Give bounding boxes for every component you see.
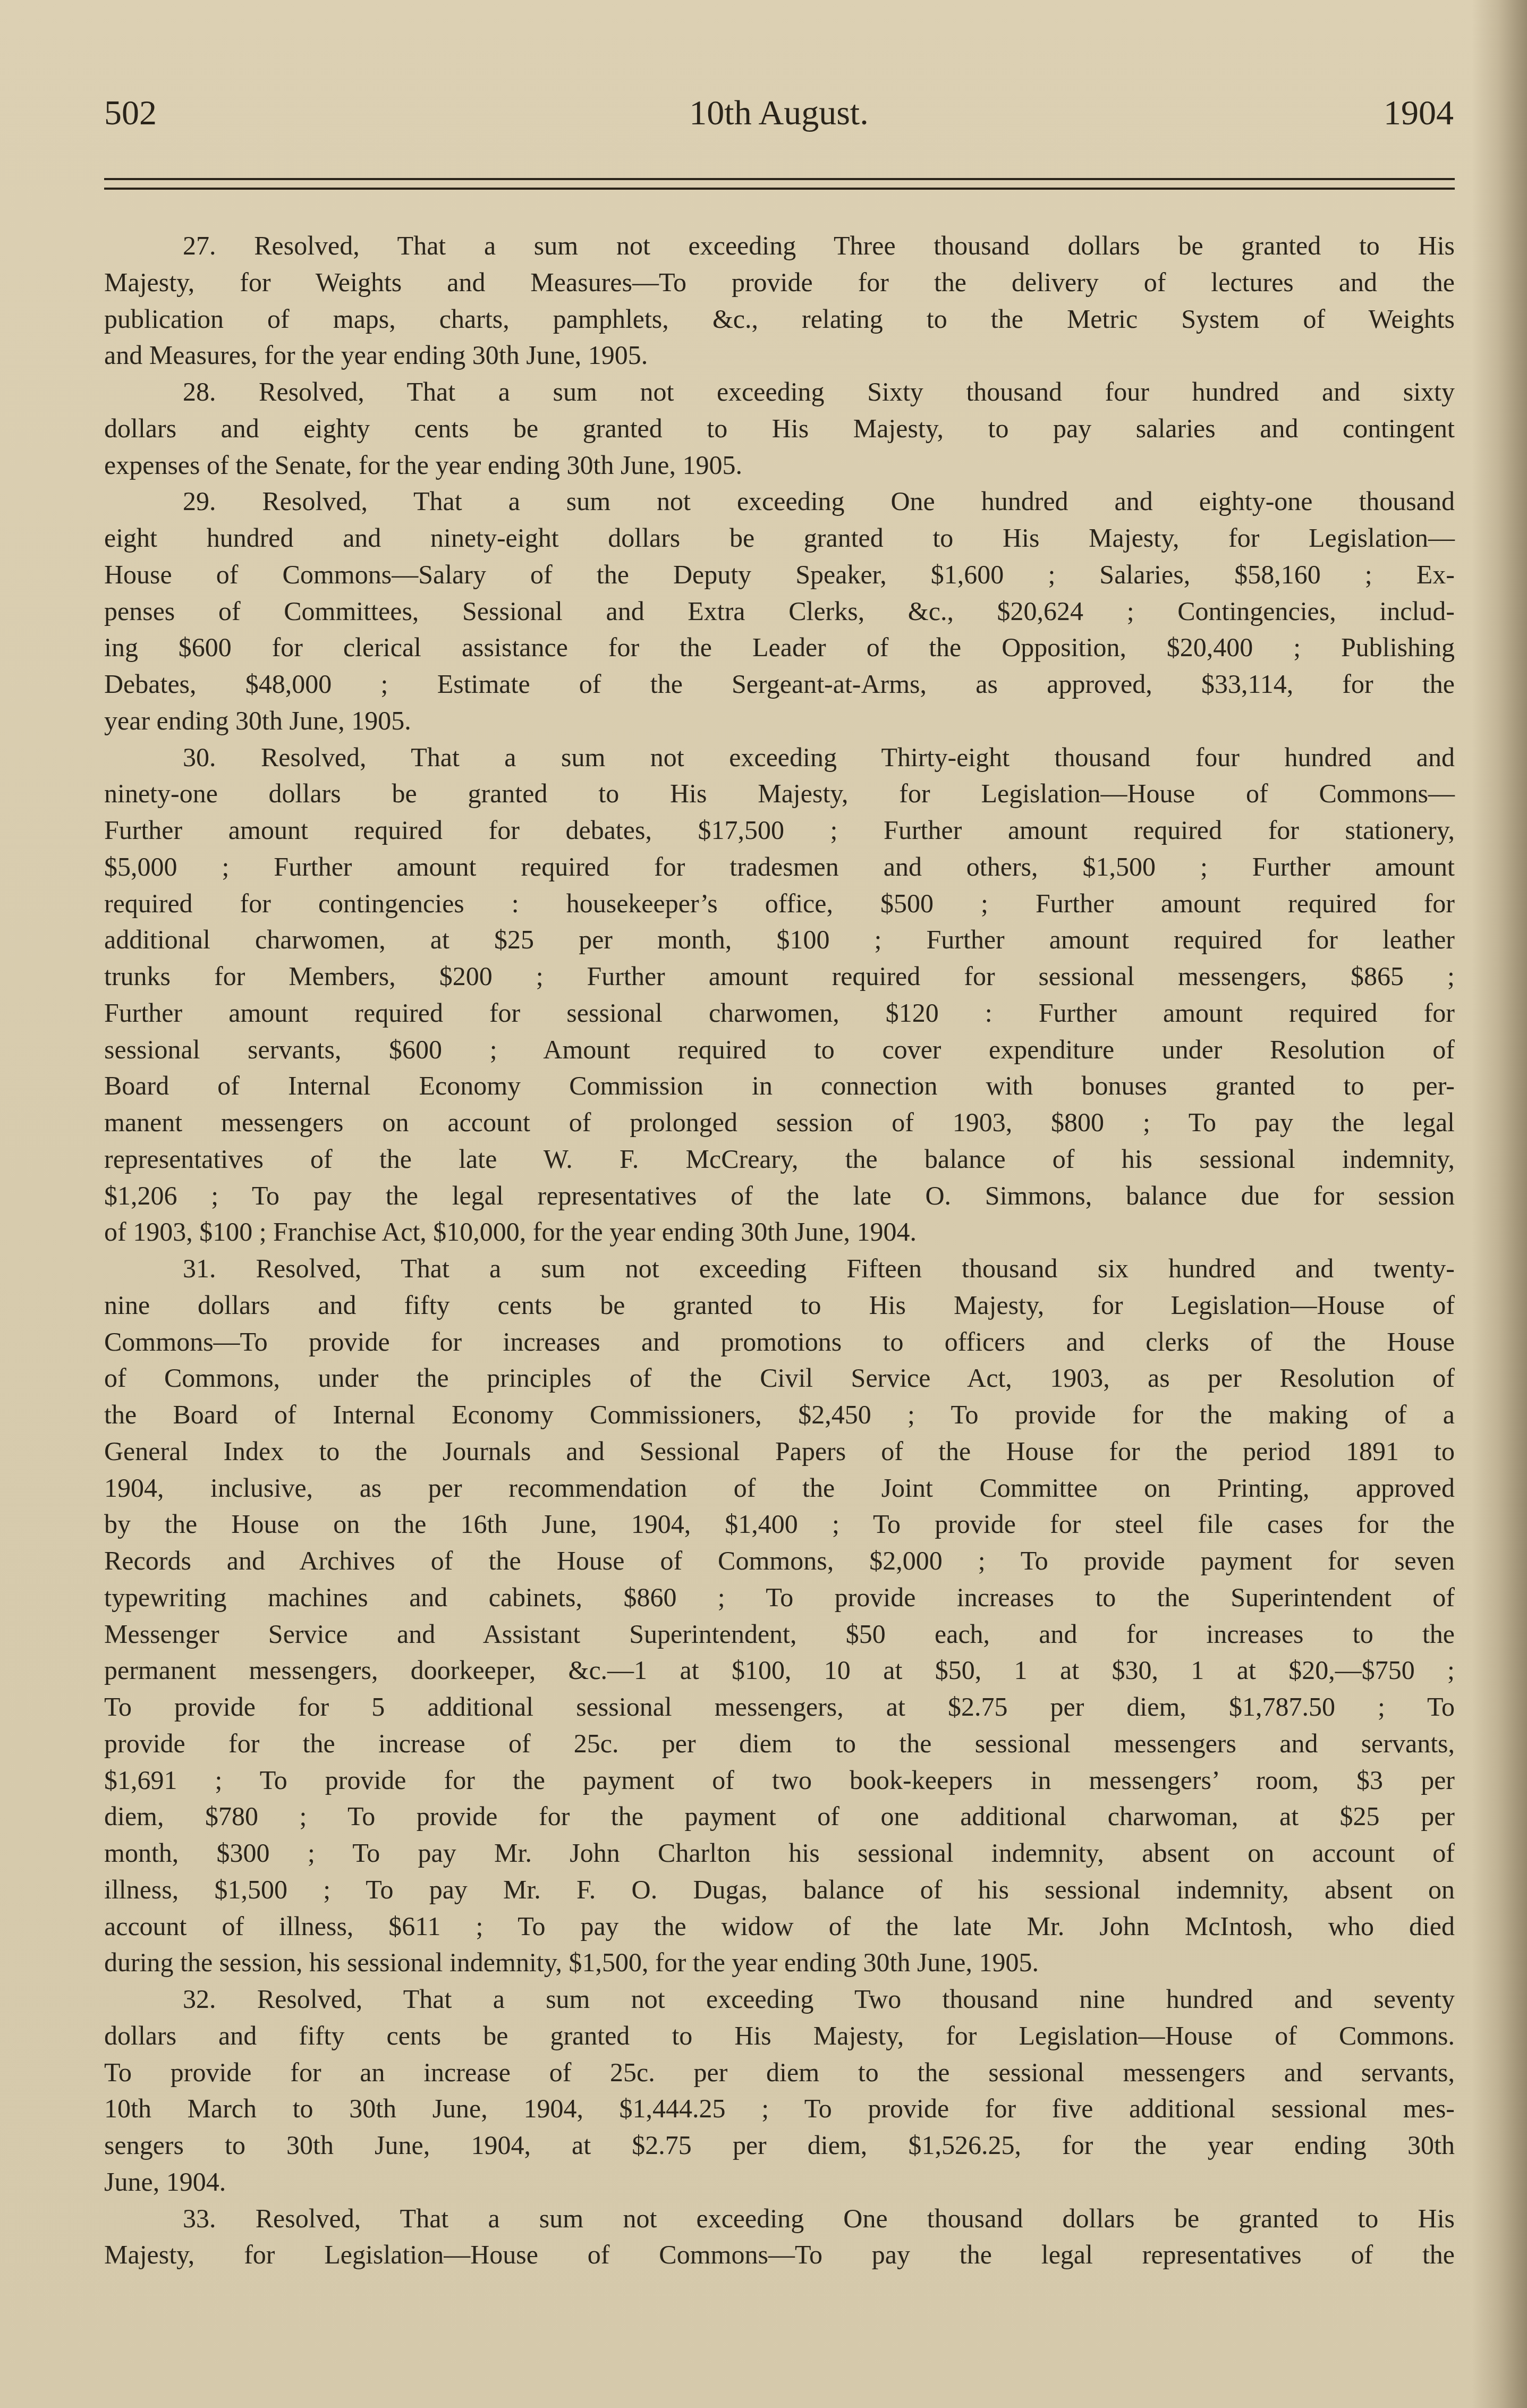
resolution-line: trunks for Members, $200 ; Further amoun… [104, 958, 1455, 995]
resolution-line: during the session, his sessional indemn… [104, 1944, 1455, 1981]
resolution-line: $5,000 ; Further amount required for tra… [104, 849, 1455, 885]
header-rule-top [104, 178, 1455, 180]
resolution-paragraph: 30. Resolved, That a sum not exceeding T… [104, 739, 1455, 1251]
resolution-line: 10th March to 30th June, 1904, $1,444.25… [104, 2090, 1455, 2127]
resolution-line: publication of maps, charts, pamphlets, … [104, 301, 1455, 337]
resolution-line: Further amount required for debates, $17… [104, 812, 1455, 849]
resolution-line: and Measures, for the year ending 30th J… [104, 337, 1455, 374]
resolution-paragraph: 33. Resolved, That a sum not exceeding O… [104, 2200, 1455, 2274]
resolution-line: illness, $1,500 ; To pay Mr. F. O. Dugas… [104, 1871, 1455, 1908]
resolution-line: ninety-one dollars be granted to His Maj… [104, 775, 1455, 812]
resolution-line: Majesty, for Weights and Measures—To pro… [104, 264, 1455, 301]
resolution-line: dollars and fifty cents be granted to Hi… [104, 2017, 1455, 2054]
resolution-first-line: 30. Resolved, That a sum not exceeding T… [104, 739, 1455, 776]
resolution-paragraph: 28. Resolved, That a sum not exceeding S… [104, 374, 1455, 483]
resolution-line: provide for the increase of 25c. per die… [104, 1725, 1455, 1762]
resolutions-body: 27. Resolved, That a sum not exceeding T… [104, 227, 1455, 2273]
resolution-line: Messenger Service and Assistant Superint… [104, 1616, 1455, 1652]
resolution-first-line: 28. Resolved, That a sum not exceeding S… [104, 374, 1455, 410]
resolution-paragraph: 32. Resolved, That a sum not exceeding T… [104, 1981, 1455, 2200]
resolution-line: penses of Committees, Sessional and Extr… [104, 593, 1455, 630]
resolution-first-line: 29. Resolved, That a sum not exceeding O… [104, 483, 1455, 520]
resolution-line: additional charwomen, at $25 per month, … [104, 921, 1455, 958]
resolution-line: by the House on the 16th June, 1904, $1,… [104, 1506, 1455, 1542]
resolution-line: Majesty, for Legislation—House of Common… [104, 2236, 1455, 2273]
page-date-heading: 10th August. [104, 89, 1454, 137]
resolution-line: To provide for an increase of 25c. per d… [104, 2054, 1455, 2091]
header-rule-bottom [104, 188, 1455, 190]
resolution-line: year ending 30th June, 1905. [104, 702, 1455, 739]
resolution-line: eight hundred and ninety-eight dollars b… [104, 520, 1455, 556]
resolution-line: required for contingencies : housekeeper… [104, 885, 1455, 922]
resolution-line: of Commons, under the principles of the … [104, 1360, 1455, 1396]
resolution-line: sessional servants, $600 ; Amount requir… [104, 1031, 1455, 1068]
resolution-line: typewriting machines and cabinets, $860 … [104, 1579, 1455, 1616]
scanned-page: 502 10th August. 1904 27. Resolved, That… [0, 0, 1527, 2408]
resolution-line: House of Commons—Salary of the Deputy Sp… [104, 556, 1455, 593]
resolution-line: Commons—To provide for increases and pro… [104, 1324, 1455, 1360]
resolution-line: the Board of Internal Economy Commission… [104, 1396, 1455, 1433]
resolution-line: month, $300 ; To pay Mr. John Charlton h… [104, 1835, 1455, 1871]
resolution-line: sengers to 30th June, 1904, at $2.75 per… [104, 2127, 1455, 2164]
resolution-line: diem, $780 ; To provide for the payment … [104, 1798, 1455, 1835]
resolution-line: dollars and eighty cents be granted to H… [104, 410, 1455, 447]
resolution-line: expenses of the Senate, for the year end… [104, 447, 1455, 484]
resolution-line: of 1903, $100 ; Franchise Act, $10,000, … [104, 1214, 1455, 1250]
resolution-line: representatives of the late W. F. McCrea… [104, 1141, 1455, 1177]
resolution-line: $1,691 ; To provide for the payment of t… [104, 1762, 1455, 1799]
resolution-line: General Index to the Journals and Sessio… [104, 1433, 1455, 1470]
resolution-first-line: 32. Resolved, That a sum not exceeding T… [104, 1981, 1455, 2017]
resolution-line: account of illness, $611 ; To pay the wi… [104, 1908, 1455, 1945]
resolution-first-line: 33. Resolved, That a sum not exceeding O… [104, 2200, 1455, 2237]
resolution-first-line: 27. Resolved, That a sum not exceeding T… [104, 227, 1455, 264]
resolution-paragraph: 27. Resolved, That a sum not exceeding T… [104, 227, 1455, 374]
resolution-line: permanent messengers, doorkeeper, &c.—1 … [104, 1652, 1455, 1689]
resolution-line: manent messengers on account of prolonge… [104, 1104, 1455, 1141]
resolution-line: ing $600 for clerical assistance for the… [104, 629, 1455, 666]
page-year: 1904 [1384, 89, 1454, 137]
resolution-paragraph: 29. Resolved, That a sum not exceeding O… [104, 483, 1455, 739]
resolution-line: Records and Archives of the House of Com… [104, 1542, 1455, 1579]
resolution-line: nine dollars and fifty cents be granted … [104, 1287, 1455, 1324]
running-head: 502 10th August. 1904 [104, 89, 1454, 137]
resolution-first-line: 31. Resolved, That a sum not exceeding F… [104, 1250, 1455, 1287]
resolution-line: 1904, inclusive, as per recommendation o… [104, 1470, 1455, 1506]
resolution-paragraph: 31. Resolved, That a sum not exceeding F… [104, 1250, 1455, 1981]
resolution-line: Debates, $48,000 ; Estimate of the Serge… [104, 666, 1455, 702]
resolution-line: To provide for 5 additional sessional me… [104, 1689, 1455, 1725]
resolution-line: $1,206 ; To pay the legal representative… [104, 1177, 1455, 1214]
resolution-line: Further amount required for sessional ch… [104, 995, 1455, 1031]
resolution-line: June, 1904. [104, 2164, 1455, 2200]
resolution-line: Board of Internal Economy Commission in … [104, 1067, 1455, 1104]
